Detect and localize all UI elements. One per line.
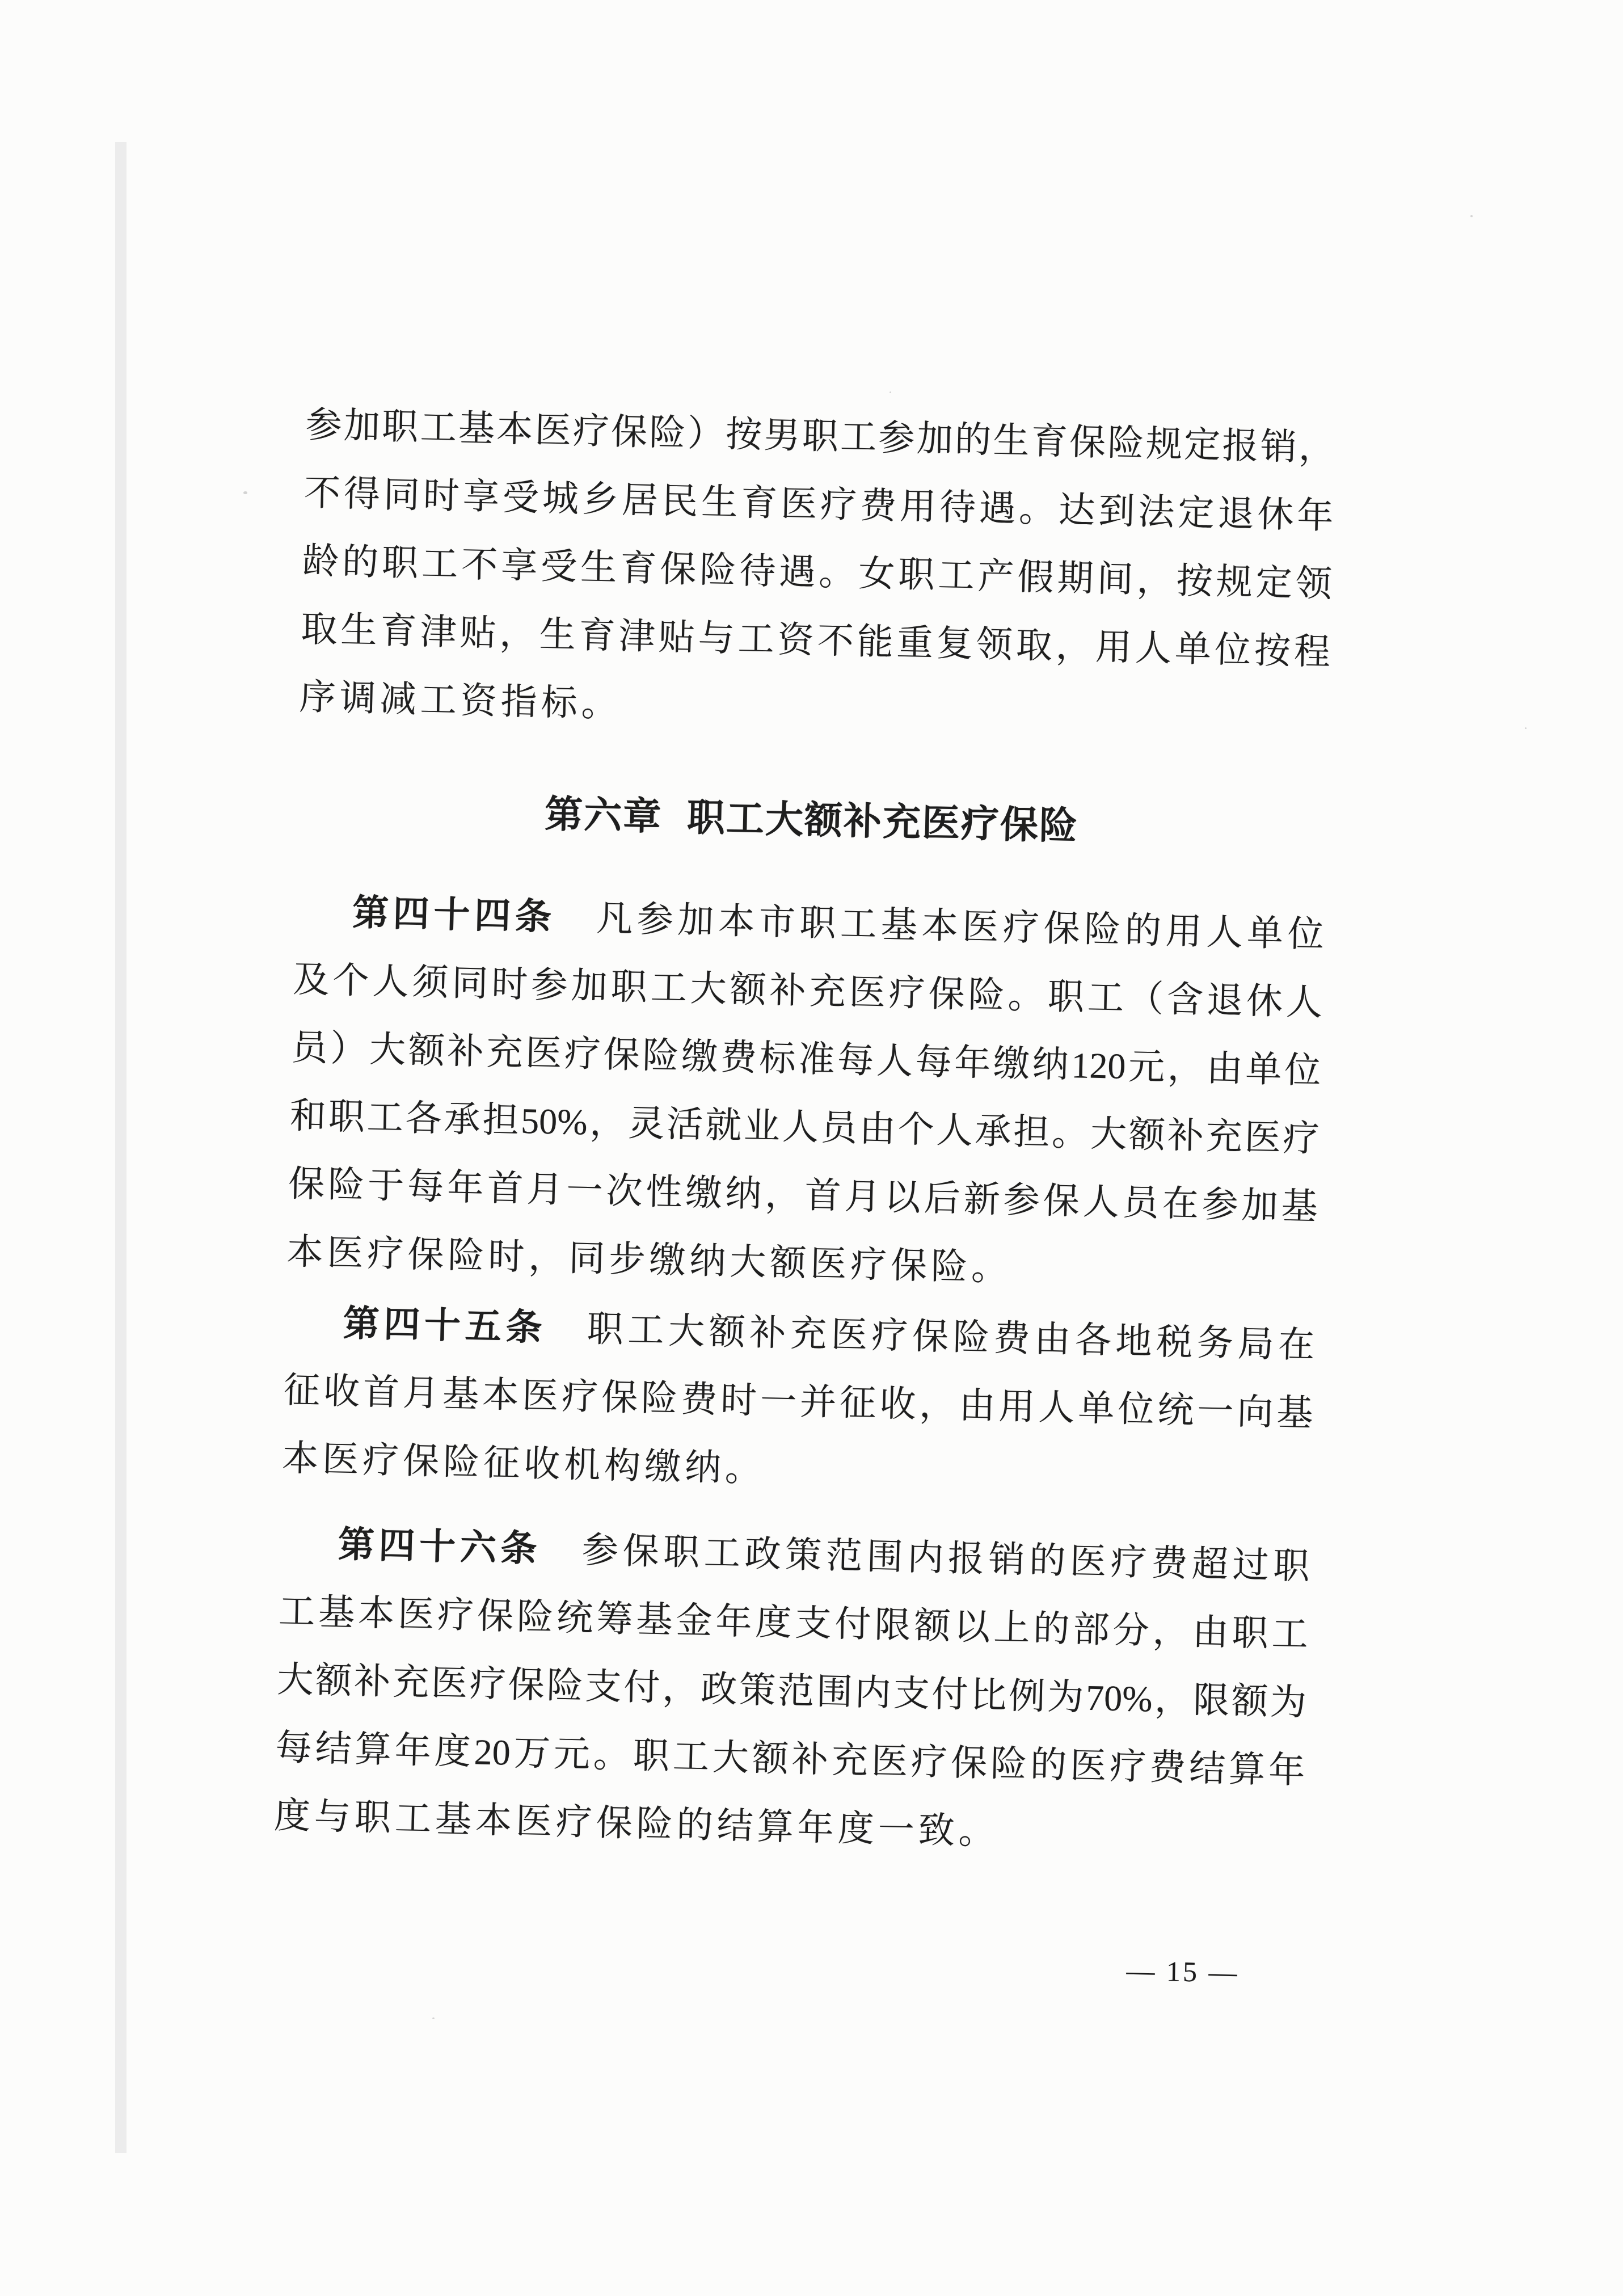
chapter-title: 职工大额补充医疗保险 (686, 797, 1079, 848)
scan-speck (1525, 727, 1527, 729)
scanned-document-page: 参加职工基本医疗保险）按男职工参加的生育保险规定报销， 不得同时享受城乡居民生育… (0, 0, 1623, 2296)
scan-speck (890, 391, 891, 393)
scan-speck (1470, 215, 1473, 217)
scan-speck (432, 2017, 435, 2019)
article-44-paragraph: 第四十四条 凡参加本市职工基本医疗保险的用人单位 及个人须同时参加职工大额补充医… (286, 878, 1325, 1309)
page-number: — 15 — (1120, 1954, 1246, 1989)
article-45-number: 第四十五条 (343, 1303, 547, 1348)
scan-speck (243, 491, 247, 494)
article-44-first-line: 凡参加本市职工基本医疗保险的用人单位 (555, 897, 1325, 955)
chapter-heading: 第六章职工大额补充医疗保险 (296, 775, 1327, 866)
article-45-first-line: 职工大额补充医疗保险费由各地税务局在 (546, 1308, 1315, 1366)
article-46-first-line: 参保职工政策范围内报销的医疗费超过职 (541, 1529, 1310, 1587)
article-45-paragraph: 第四十五条 职工大额补充医疗保险费由各地税务局在 征收首月基本医疗保险费时一并征… (281, 1288, 1316, 1516)
continuation-paragraph: 参加职工基本医疗保险）按男职工参加的生育保险规定报销， 不得同时享受城乡居民生育… (298, 391, 1335, 755)
article-44-number: 第四十四条 (352, 892, 556, 937)
scan-edge-strip (115, 142, 127, 2153)
article-46-paragraph: 第四十六条 参保职工政策范围内报销的医疗费超过职 工基本医疗保险统筹基金年度支付… (273, 1509, 1310, 1873)
chapter-number: 第六章 (544, 794, 663, 839)
article-46-number: 第四十六条 (338, 1524, 542, 1569)
document-text: 参加职工基本医疗保险）按男职工参加的生育保险规定报销， 不得同时享受城乡居民生育… (273, 391, 1336, 1873)
